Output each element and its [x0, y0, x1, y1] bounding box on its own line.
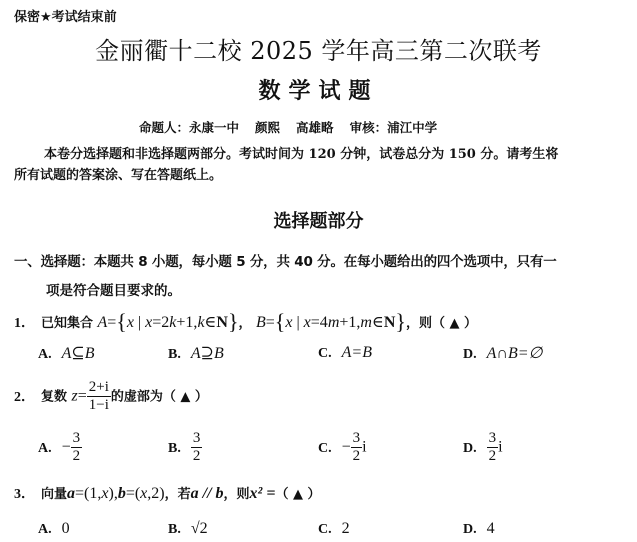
option-c[interactable]: C.2 [318, 519, 350, 538]
question-number: 2． [14, 390, 35, 405]
author-school: 永康一中 [189, 120, 239, 135]
question-1-stem: 1．已知集合 A={x | x=2k+1,k∈N}， B={x | x=4m+1… [14, 309, 477, 335]
option-d[interactable]: D.32i [463, 430, 503, 465]
fraction: 32 [191, 430, 203, 465]
option-a[interactable]: A.A⊆B [38, 343, 95, 363]
parallel-condition: a // b [191, 485, 224, 502]
exam-title: 金丽衢十二校 2025 学年高三第二次联考 [0, 31, 637, 66]
subject-title: 数学试题 [0, 74, 637, 105]
intro-text-continued: 所有试题的答案涂、写在答题纸上。 [14, 164, 222, 183]
reviewer-label: 审核： [350, 120, 388, 135]
set-a-expression: A={x | x=2k+1,k∈N} [97, 314, 238, 331]
option-d[interactable]: D.4 [463, 519, 495, 538]
confidential-notice: 保密★考试结束前 [14, 6, 117, 25]
option-b[interactable]: B.√2 [168, 519, 208, 538]
question-3-stem: 3．向量a=(1,x),b=(x,2)，若a // b，则x² =（ ▲ ） [14, 483, 321, 503]
vector-a: a [67, 485, 75, 502]
section-title: 选择题部分 [0, 207, 637, 233]
reviewer-school: 浦江中学 [387, 120, 437, 135]
part-instructions: 一、选择题：本题共 8 小题，每小题 5 分，共 40 分。在每小题给出的四个选… [14, 250, 557, 270]
vector-b: b [118, 485, 126, 502]
author-name: 颜熙 [255, 120, 280, 135]
question-text: 已知集合 [41, 316, 93, 331]
question-number: 1． [14, 316, 35, 331]
option-b[interactable]: B.32 [168, 430, 202, 465]
authors-label: 命题人： [139, 120, 189, 135]
fraction: 32 [351, 430, 363, 465]
target-expression: x² = [250, 485, 276, 502]
question-text: 向量 [41, 487, 67, 502]
question-2-stem: 2．复数 z=2+i1−i的虚部为（ ▲ ） [14, 379, 208, 414]
option-d[interactable]: D.A∩B=∅ [463, 343, 542, 363]
intro-text: 本卷分选择题和非选择题两部分。考试时间为 120 分钟，试卷总分为 150 分。… [44, 143, 558, 162]
authors-line: 命题人：永康一中颜熙高雄略审核：浦江中学 [139, 118, 437, 136]
question-number: 3． [14, 487, 35, 502]
option-b[interactable]: B.A⊇B [168, 343, 224, 363]
set-b-expression: B={x | x=4m+1,m∈N} [256, 314, 406, 331]
question-suffix: 的虚部为（ ▲ ） [111, 390, 208, 405]
complex-fraction: 2+i1−i [87, 379, 111, 414]
option-c[interactable]: C.A=B [318, 343, 372, 362]
author-name: 高雄略 [296, 120, 334, 135]
fraction: 32 [71, 430, 83, 465]
question-text: 复数 [41, 390, 67, 405]
option-c[interactable]: C.−32i [318, 430, 367, 465]
fraction: 32 [487, 430, 499, 465]
question-suffix: ，则（ ▲ ） [406, 316, 477, 331]
question-suffix: （ ▲ ） [275, 487, 320, 502]
option-a[interactable]: A.0 [38, 519, 70, 538]
option-a[interactable]: A.−32 [38, 430, 82, 465]
part-instructions-continued: 项是符合题目要求的。 [46, 279, 181, 299]
